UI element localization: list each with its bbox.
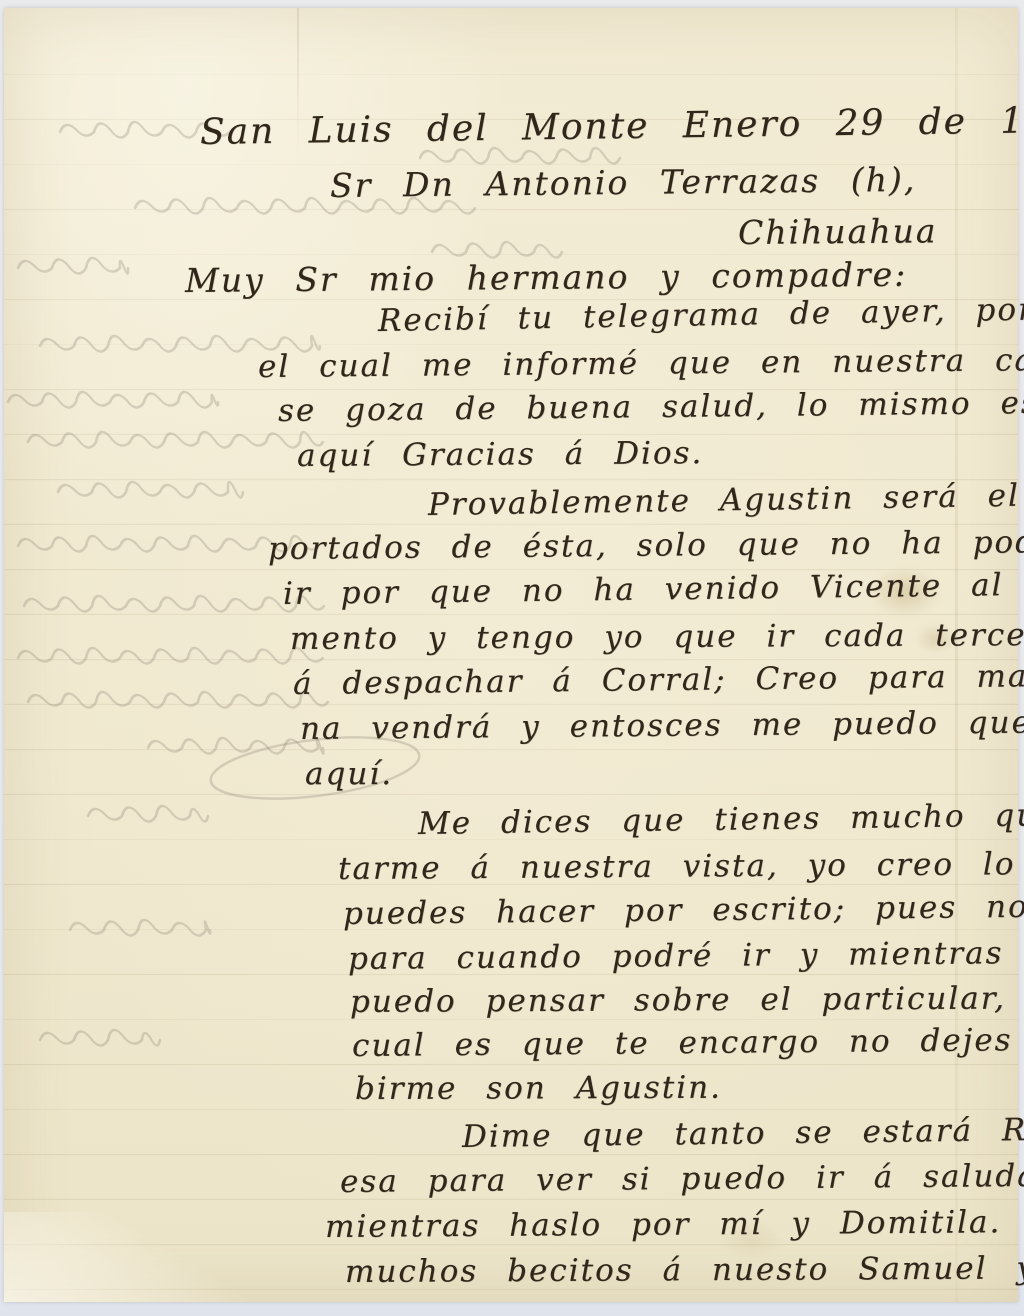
letter-line: birme son Agustin. — [355, 1070, 722, 1107]
letter-line: puedes hacer por escrito; pues no se — [343, 888, 1024, 932]
letter-place: Chihuahua — [738, 211, 938, 252]
letter-line: á despachar á Corral; Creo para maña — [293, 658, 1024, 702]
letter-line: aquí Gracias á Dios. — [297, 435, 704, 474]
letter-line: Dime que tanto se estará Rosa en — [462, 1111, 1024, 1155]
letter-line: mento y tengo yo que ir cada tercer dia — [290, 617, 1024, 657]
letter-line: puedo pensar sobre el particular, lo — [350, 980, 1024, 1020]
letter-salutation: Muy Sr mio hermano y compadre: — [185, 255, 908, 300]
letter-recipient: Sr Dn Antonio Terrazas (h), — [330, 160, 917, 205]
letter-line: el cual me informé que en nuestra casa — [258, 342, 1024, 385]
letter-line: para cuando podré ir y mientras — [348, 935, 1004, 977]
letter-line: esa para ver si puedo ir á saludarla, — [340, 1157, 1024, 1200]
paper-crease — [955, 8, 958, 1302]
letter-line: aquí. — [305, 756, 393, 792]
letter-line: tarme á nuestra vista, yo creo lo — [338, 846, 1016, 887]
letter-line: cual es que te encargo no dejes de escri… — [352, 1021, 1024, 1064]
letter-line: mientras haslo por mí y Domitila. — [325, 1204, 1002, 1245]
letter-line: muchos becitos á nuesto Samuel y Nacho — [345, 1250, 1024, 1290]
letter-line: na vendrá y entosces me puedo quedas — [300, 704, 1024, 747]
letter-line: portados de ésta, solo que no ha podido — [268, 524, 1024, 567]
